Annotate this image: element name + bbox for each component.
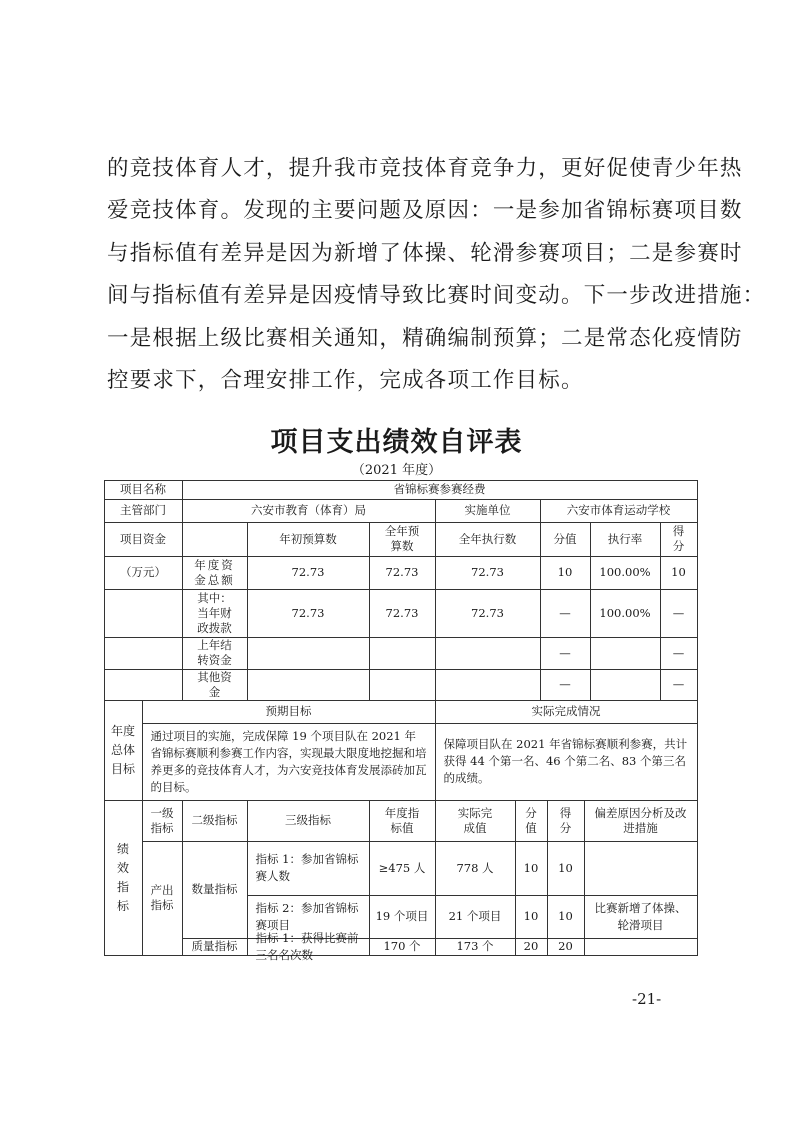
fund-row-label: 其他资金 bbox=[182, 669, 248, 701]
fund-score-value: 10 bbox=[540, 556, 591, 590]
indicators-label: 绩效指标 bbox=[104, 800, 143, 956]
fund-rate bbox=[590, 669, 661, 701]
ind-actual: 173 个 bbox=[435, 938, 516, 956]
fund-executed: 72.73 bbox=[435, 556, 541, 590]
fund-initial: 72.73 bbox=[247, 589, 370, 638]
fund-annual bbox=[369, 637, 436, 670]
fund-rate: 100.00% bbox=[590, 589, 661, 638]
ind-header-target: 年度指标值 bbox=[369, 800, 436, 842]
funds-blank bbox=[104, 637, 183, 670]
fund-row-label: 其中：当年财政拨款 bbox=[182, 589, 248, 638]
ind-header-actual: 实际完成值 bbox=[435, 800, 516, 842]
fund-row-label: 上年结转资金 bbox=[182, 637, 248, 670]
ind-level3: 指标 1：获得比赛前三名名次数 bbox=[247, 938, 370, 956]
goals-label: 年度总体目标 bbox=[104, 700, 143, 801]
ind-header-level3: 三级指标 bbox=[247, 800, 370, 842]
ind-target: 170 个 bbox=[369, 938, 436, 956]
fund-annual bbox=[369, 669, 436, 701]
expected-goal-label: 预期目标 bbox=[142, 700, 436, 724]
fund-annual: 72.73 bbox=[369, 589, 436, 638]
table-subtitle: （2021 年度） bbox=[0, 459, 793, 478]
table-title: 项目支出绩效自评表 bbox=[0, 420, 793, 459]
project-name: 省锦标赛参赛经费 bbox=[182, 480, 698, 500]
fund-rate bbox=[590, 637, 661, 670]
fund-score-value: — bbox=[540, 637, 591, 670]
fund-row-label: 年度资金总额 bbox=[182, 556, 248, 590]
fund-rate: 100.00% bbox=[590, 556, 661, 590]
fund-score-value: — bbox=[540, 589, 591, 638]
impl: 六安市体育运动学校 bbox=[540, 499, 698, 523]
ind-score: 20 bbox=[547, 938, 585, 956]
ind-target: 19 个项目 bbox=[369, 895, 436, 939]
fund-initial bbox=[247, 637, 370, 670]
col-exec-rate: 执行率 bbox=[590, 522, 661, 557]
fund-annual: 72.73 bbox=[369, 556, 436, 590]
fund-executed bbox=[435, 669, 541, 701]
fund-initial bbox=[247, 669, 370, 701]
funds-unit: （万元） bbox=[104, 556, 183, 590]
ind-score-value: 10 bbox=[515, 895, 548, 939]
funds-blank bbox=[182, 522, 248, 557]
paragraph-line: 爱竞技体育。发现的主要问题及原因：一是参加省锦标赛项目数 bbox=[107, 190, 697, 232]
ind-note bbox=[584, 841, 698, 896]
paragraph-line: 控要求下，合理安排工作，完成各项工作目标。 bbox=[107, 360, 697, 402]
fund-score: — bbox=[660, 589, 698, 638]
ind-level2: 质量指标 bbox=[182, 938, 248, 956]
paragraph-line: 与指标值有差异是因为新增了体操、轮滑参赛项目；二是参赛时 bbox=[107, 233, 697, 275]
ind-level1: 产出指标 bbox=[142, 841, 183, 956]
col-executed: 全年执行数 bbox=[435, 522, 541, 557]
ind-level2: 数量指标 bbox=[182, 841, 248, 939]
funds-label: 项目资金 bbox=[104, 522, 183, 557]
col-annual-budget: 全年预算数 bbox=[369, 522, 436, 557]
col-initial-budget: 年初预算数 bbox=[247, 522, 370, 557]
fund-score: 10 bbox=[660, 556, 698, 590]
expected-goal: 通过项目的实施，完成保障 19 个项目队在 2021 年省锦标赛顺利参赛工作内容… bbox=[142, 723, 436, 801]
actual-goal: 保障项目队在 2021 年省锦标赛顺利参赛，共计获得 44 个第一名、46 个第… bbox=[435, 723, 698, 801]
page-number: -21- bbox=[632, 990, 661, 1008]
fund-score-value: — bbox=[540, 669, 591, 701]
paragraph-line: 间与指标值有差异是因疫情导致比赛时间变动。下一步改进措施： bbox=[107, 275, 697, 317]
ind-actual: 778 人 bbox=[435, 841, 516, 896]
fund-initial: 72.73 bbox=[247, 556, 370, 590]
ind-header-note: 偏差原因分析及改进措施 bbox=[584, 800, 698, 842]
fund-score: — bbox=[660, 637, 698, 670]
ind-header-level1: 一级指标 bbox=[142, 800, 183, 842]
col-score: 得分 bbox=[660, 522, 698, 557]
funds-blank bbox=[104, 669, 183, 701]
ind-score-value: 20 bbox=[515, 938, 548, 956]
dept-label: 主管部门 bbox=[104, 499, 183, 523]
ind-note bbox=[584, 938, 698, 956]
ind-score-value: 10 bbox=[515, 841, 548, 896]
impl-label: 实施单位 bbox=[435, 499, 541, 523]
ind-level3: 指标 1：参加省锦标赛人数 bbox=[247, 841, 370, 896]
ind-score: 10 bbox=[547, 895, 585, 939]
fund-executed bbox=[435, 637, 541, 670]
ind-header-level2: 二级指标 bbox=[182, 800, 248, 842]
col-score-value: 分值 bbox=[540, 522, 591, 557]
ind-target: ≥475 人 bbox=[369, 841, 436, 896]
paragraph-line: 一是根据上级比赛相关通知，精确编制预算；二是常态化疫情防 bbox=[107, 318, 697, 360]
ind-header-score: 得分 bbox=[547, 800, 585, 842]
dept: 六安市教育（体育）局 bbox=[182, 499, 436, 523]
actual-goal-label: 实际完成情况 bbox=[435, 700, 698, 724]
fund-executed: 72.73 bbox=[435, 589, 541, 638]
ind-score: 10 bbox=[547, 841, 585, 896]
fund-score: — bbox=[660, 669, 698, 701]
funds-blank bbox=[104, 589, 183, 638]
ind-note: 比赛新增了体操、轮滑项目 bbox=[584, 895, 698, 939]
body-paragraph: 的竞技体育人才，提升我市竞技体育竞争力，更好促使青少年热 爱竞技体育。发现的主要… bbox=[107, 148, 697, 402]
paragraph-line: 的竞技体育人才，提升我市竞技体育竞争力，更好促使青少年热 bbox=[107, 148, 697, 190]
ind-header-score-value: 分值 bbox=[515, 800, 548, 842]
project-name-label: 项目名称 bbox=[104, 480, 183, 500]
ind-actual: 21 个项目 bbox=[435, 895, 516, 939]
